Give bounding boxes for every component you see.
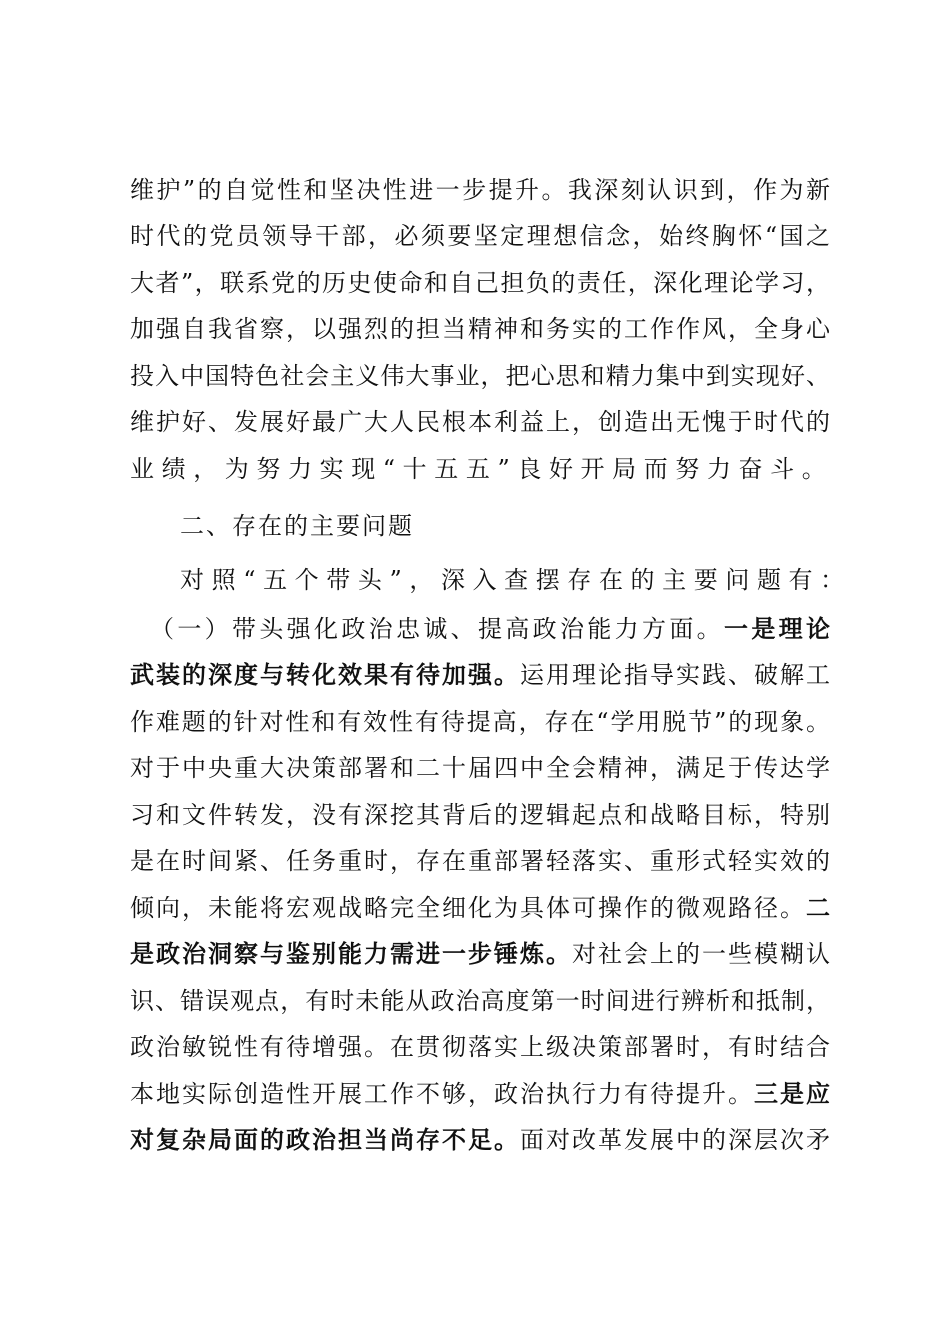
- subsection-title: （一）带头强化政治忠诚、提高政治能力方面。: [150, 615, 724, 643]
- bold-point: 三是应: [754, 1079, 830, 1108]
- text-line: 本地实际创造性开展工作不够，政治执行力有待提升。三是应: [130, 1077, 830, 1111]
- body-text: 对社会上的一些模糊认: [572, 940, 830, 968]
- text-line: 是在时间紧、任务重时，存在重部署轻落实、重形式轻实效的: [130, 844, 830, 878]
- text-line: 对于中央重大决策部署和二十届四中全会精神，满足于传达学: [130, 751, 830, 785]
- bold-point: 二: [806, 893, 830, 922]
- text-line: 业绩，为努力实现“十五五”良好开局而努力奋斗。: [130, 452, 830, 486]
- text-line: 倾向，未能将宏观战略完全细化为具体可操作的微观路径。二: [130, 891, 830, 925]
- text-line: （一）带头强化政治忠诚、提高政治能力方面。一是理论: [150, 612, 830, 646]
- document-page: 维护”的自觉性和坚决性进一步提升。我深刻认识到，作为新 时代的党员领导干部，必须…: [0, 0, 950, 1344]
- text-line: 投入中国特色社会主义伟大事业，把心思和精力集中到实现好、: [130, 359, 830, 393]
- text-line: 作难题的针对性和有效性有待提高，存在“学用脱节”的现象。: [130, 705, 830, 739]
- section-heading: 二、存在的主要问题: [180, 509, 414, 543]
- text-line: 政治敏锐性有待增强。在贯彻落实上级决策部署时，有时结合: [130, 1030, 830, 1064]
- bold-point: 对复杂局面的政治担当尚存不足。: [130, 1125, 520, 1154]
- text-line: 是政治洞察与鉴别能力需进一步锤炼。对社会上的一些模糊认: [130, 937, 830, 971]
- text-line: 对复杂局面的政治担当尚存不足。面对改革发展中的深层次矛: [130, 1123, 830, 1157]
- bold-point: 是政治洞察与鉴别能力需进一步锤炼。: [130, 939, 572, 968]
- text-line: 加强自我省察，以强烈的担当精神和务实的工作作风，全身心: [130, 312, 830, 346]
- body-text: 本地实际创造性开展工作不够，政治执行力有待提升。: [130, 1080, 754, 1108]
- lead-sentence: 对照“五个带头”，深入查摆存在的主要问题有：: [180, 563, 830, 597]
- body-text: 面对改革发展中的深层次矛: [520, 1126, 830, 1154]
- bold-point: 一是理论: [724, 614, 830, 643]
- text-line: 武装的深度与转化效果有待加强。运用理论指导实践、破解工: [130, 658, 830, 692]
- body-text: 倾向，未能将宏观战略完全细化为具体可操作的微观路径。: [130, 894, 806, 922]
- text-line: 维护好、发展好最广大人民根本利益上，创造出无愧于时代的: [130, 405, 830, 439]
- text-line: 时代的党员领导干部，必须要坚定理想信念，始终胸怀“国之: [130, 219, 830, 253]
- text-line: 识、错误观点，有时未能从政治高度第一时间进行辨析和抵制，: [130, 984, 830, 1018]
- text-line: 大者”，联系党的历史使命和自己担负的责任，深化理论学习，: [130, 266, 830, 300]
- text-line: 习和文件转发，没有深挖其背后的逻辑起点和战略目标，特别: [130, 798, 830, 832]
- body-text: 运用理论指导实践、破解工: [520, 661, 830, 689]
- text-line: 维护”的自觉性和坚决性进一步提升。我深刻认识到，作为新: [130, 173, 830, 207]
- bold-point: 武装的深度与转化效果有待加强。: [130, 660, 520, 689]
